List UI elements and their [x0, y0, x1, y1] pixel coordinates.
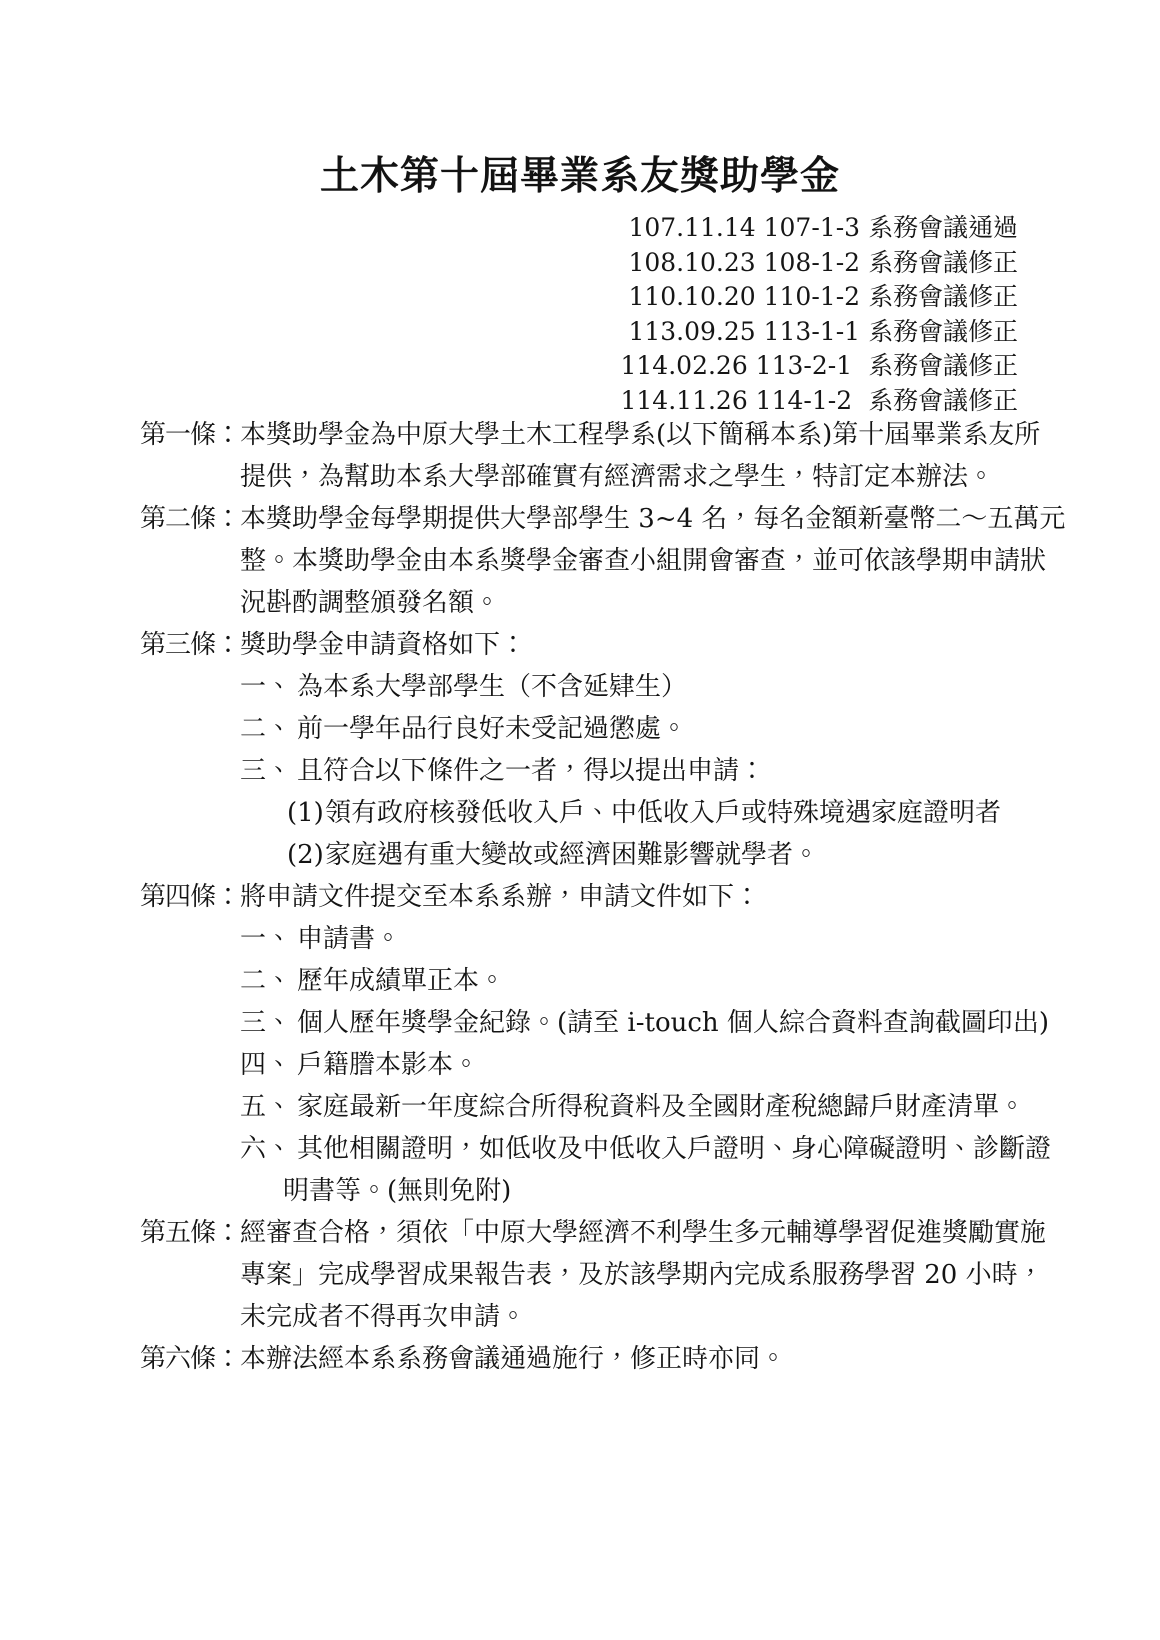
article-line: 第三條：獎助學金申請資格如下： [140, 624, 1030, 666]
item-number: (1) [287, 792, 325, 834]
line-text: 前一學年品行良好未受記過懲處。 [297, 714, 687, 744]
line-text: 獎助學金申請資格如下： [240, 630, 526, 660]
line-text: 其他相關證明，如低收及中低收入戶證明、身心障礙證明、診斷證 [297, 1134, 1051, 1164]
sub-item-line: (2)家庭遇有重大變故或經濟困難影響就學者。 [140, 834, 1030, 876]
item-number: 一、 [240, 918, 297, 960]
item-number: 四、 [240, 1044, 297, 1086]
continuation-line: 專案」完成學習成果報告表，及於該學期內完成系服務學習 20 小時， [140, 1254, 1030, 1296]
list-item-line: 一、申請書。 [140, 918, 1030, 960]
revision-line: 113.09.25 113-1-1 系務會議修正 [621, 315, 1019, 350]
line-text: 個人歷年獎學金紀錄。(請至 i-touch 個人綜合資料查詢截圖印出) [297, 1008, 1049, 1038]
line-text: 況斟酌調整頒發名額。 [240, 588, 500, 618]
revision-line: 107.11.14 107-1-3 系務會議通過 [621, 211, 1019, 246]
continuation-line: 整。本獎助學金由本系獎學金審查小組開會審查，並可依該學期申請狀 [140, 540, 1030, 582]
article-label: 第五條： [140, 1212, 240, 1254]
article-line: 第五條：經審查合格，須依「中原大學經濟不利學生多元輔導學習促進獎勵實施 [140, 1212, 1030, 1254]
list-item-line: 二、歷年成績單正本。 [140, 960, 1030, 1002]
list-item-line: 六、其他相關證明，如低收及中低收入戶證明、身心障礙證明、診斷證 [140, 1128, 1030, 1170]
line-text: 且符合以下條件之一者，得以提出申請： [297, 756, 765, 786]
item-number: (2) [287, 834, 325, 876]
article-label: 第四條： [140, 876, 240, 918]
line-text: 將申請文件提交至本系系辦，申請文件如下： [240, 882, 760, 912]
continuation-line: 況斟酌調整頒發名額。 [140, 582, 1030, 624]
list-item-line: 二、前一學年品行良好未受記過懲處。 [140, 708, 1030, 750]
article-label: 第三條： [140, 624, 240, 666]
item-number: 六、 [240, 1128, 297, 1170]
list-item-line: 三、個人歷年獎學金紀錄。(請至 i-touch 個人綜合資料查詢截圖印出) [140, 1002, 1030, 1044]
line-text: 經審查合格，須依「中原大學經濟不利學生多元輔導學習促進獎勵實施 [240, 1218, 1046, 1248]
revision-history: 107.11.14 107-1-3 系務會議通過108.10.23 108-1-… [621, 211, 1019, 418]
line-text: 為本系大學部學生（不含延肄生） [297, 672, 687, 702]
article-label: 第六條： [140, 1338, 240, 1380]
article-line: 第一條：本獎助學金為中原大學土木工程學系(以下簡稱本系)第十屆畢業系友所 [140, 414, 1030, 456]
continuation-line: 明書等。(無則免附) [140, 1170, 1030, 1212]
list-item-line: 一、為本系大學部學生（不含延肄生） [140, 666, 1030, 708]
line-text: 提供，為幫助本系大學部確實有經濟需求之學生，特訂定本辦法。 [240, 462, 994, 492]
line-text: 家庭遇有重大變故或經濟困難影響就學者。 [325, 840, 819, 870]
article-line: 第六條：本辦法經本系系務會議通過施行，修正時亦同。 [140, 1338, 1030, 1380]
line-text: 戶籍謄本影本。 [297, 1050, 479, 1080]
revision-line: 114.02.26 113-2-1 系務會議修正 [621, 349, 1019, 384]
article-label: 第一條： [140, 414, 240, 456]
list-item-line: 四、戶籍謄本影本。 [140, 1044, 1030, 1086]
article-line: 第二條：本獎助學金每學期提供大學部學生 3~4 名，每名金額新臺幣二～五萬元 [140, 498, 1030, 540]
line-text: 領有政府核發低收入戶、中低收入戶或特殊境遇家庭證明者 [325, 798, 1001, 828]
article-label: 第二條： [140, 498, 240, 540]
line-text: 本獎助學金為中原大學土木工程學系(以下簡稱本系)第十屆畢業系友所 [240, 420, 1040, 450]
item-number: 三、 [240, 1002, 297, 1044]
line-text: 本辦法經本系系務會議通過施行，修正時亦同。 [240, 1344, 786, 1374]
item-number: 二、 [240, 708, 297, 750]
item-number: 三、 [240, 750, 297, 792]
item-number: 二、 [240, 960, 297, 1002]
revision-line: 110.10.20 110-1-2 系務會議修正 [621, 280, 1019, 315]
continuation-line: 未完成者不得再次申請。 [140, 1296, 1030, 1338]
line-text: 申請書。 [297, 924, 401, 954]
line-text: 歷年成績單正本。 [297, 966, 505, 996]
revision-line: 114.11.26 114-1-2 系務會議修正 [621, 384, 1019, 419]
line-text: 未完成者不得再次申請。 [240, 1302, 526, 1332]
line-text: 明書等。(無則免附) [283, 1176, 511, 1206]
list-item-line: 五、家庭最新一年度綜合所得稅資料及全國財產稅總歸戶財產清單。 [140, 1086, 1030, 1128]
line-text: 整。本獎助學金由本系獎學金審查小組開會審查，並可依該學期申請狀 [240, 546, 1046, 576]
item-number: 五、 [240, 1086, 297, 1128]
line-text: 專案」完成學習成果報告表，及於該學期內完成系服務學習 20 小時， [240, 1260, 1044, 1290]
line-text: 家庭最新一年度綜合所得稅資料及全國財產稅總歸戶財產清單。 [297, 1092, 1025, 1122]
continuation-line: 提供，為幫助本系大學部確實有經濟需求之學生，特訂定本辦法。 [140, 456, 1030, 498]
revision-line: 108.10.23 108-1-2 系務會議修正 [621, 246, 1019, 281]
document-body: 第一條：本獎助學金為中原大學土木工程學系(以下簡稱本系)第十屆畢業系友所提供，為… [140, 414, 1030, 1380]
item-number: 一、 [240, 666, 297, 708]
article-line: 第四條：將申請文件提交至本系系辦，申請文件如下： [140, 876, 1030, 918]
list-item-line: 三、且符合以下條件之一者，得以提出申請： [140, 750, 1030, 792]
document-title: 土木第十屆畢業系友獎助學金 [0, 152, 1160, 200]
line-text: 本獎助學金每學期提供大學部學生 3~4 名，每名金額新臺幣二～五萬元 [240, 504, 1065, 534]
document-page: 土木第十屆畢業系友獎助學金 107.11.14 107-1-3 系務會議通過10… [0, 0, 1160, 1640]
sub-item-line: (1)領有政府核發低收入戶、中低收入戶或特殊境遇家庭證明者 [140, 792, 1030, 834]
